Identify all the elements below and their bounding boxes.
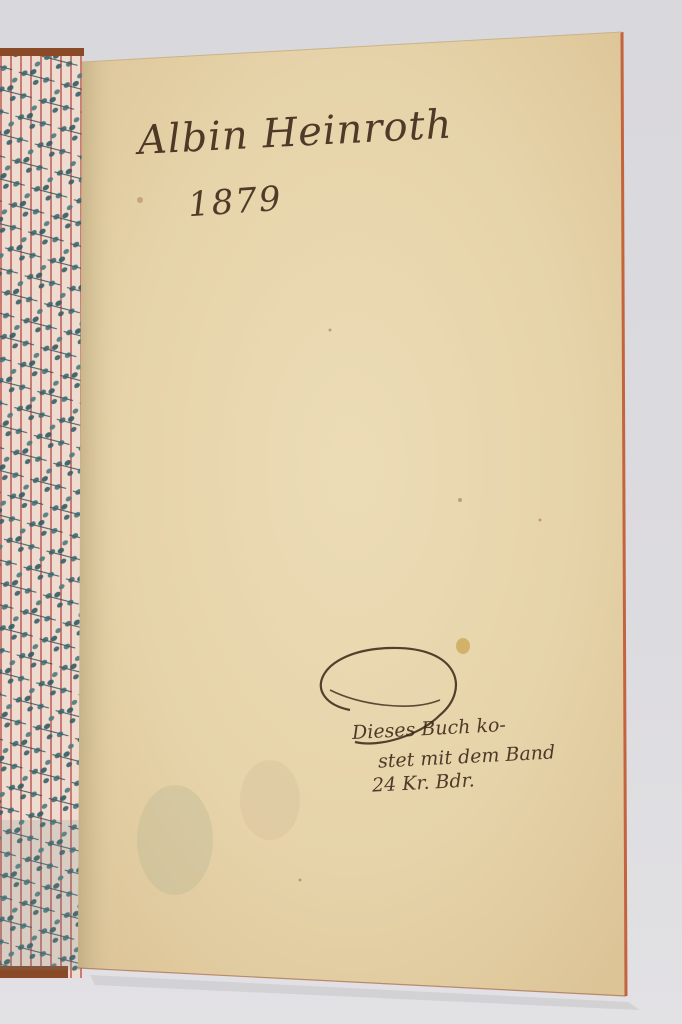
- inscription-year: 1879: [187, 179, 284, 225]
- photo-scene: Albin Heinroth 1879 Dieses Buch ko- stet…: [0, 0, 682, 1024]
- spine-binding: [0, 48, 84, 978]
- book-illustration: [0, 0, 682, 1024]
